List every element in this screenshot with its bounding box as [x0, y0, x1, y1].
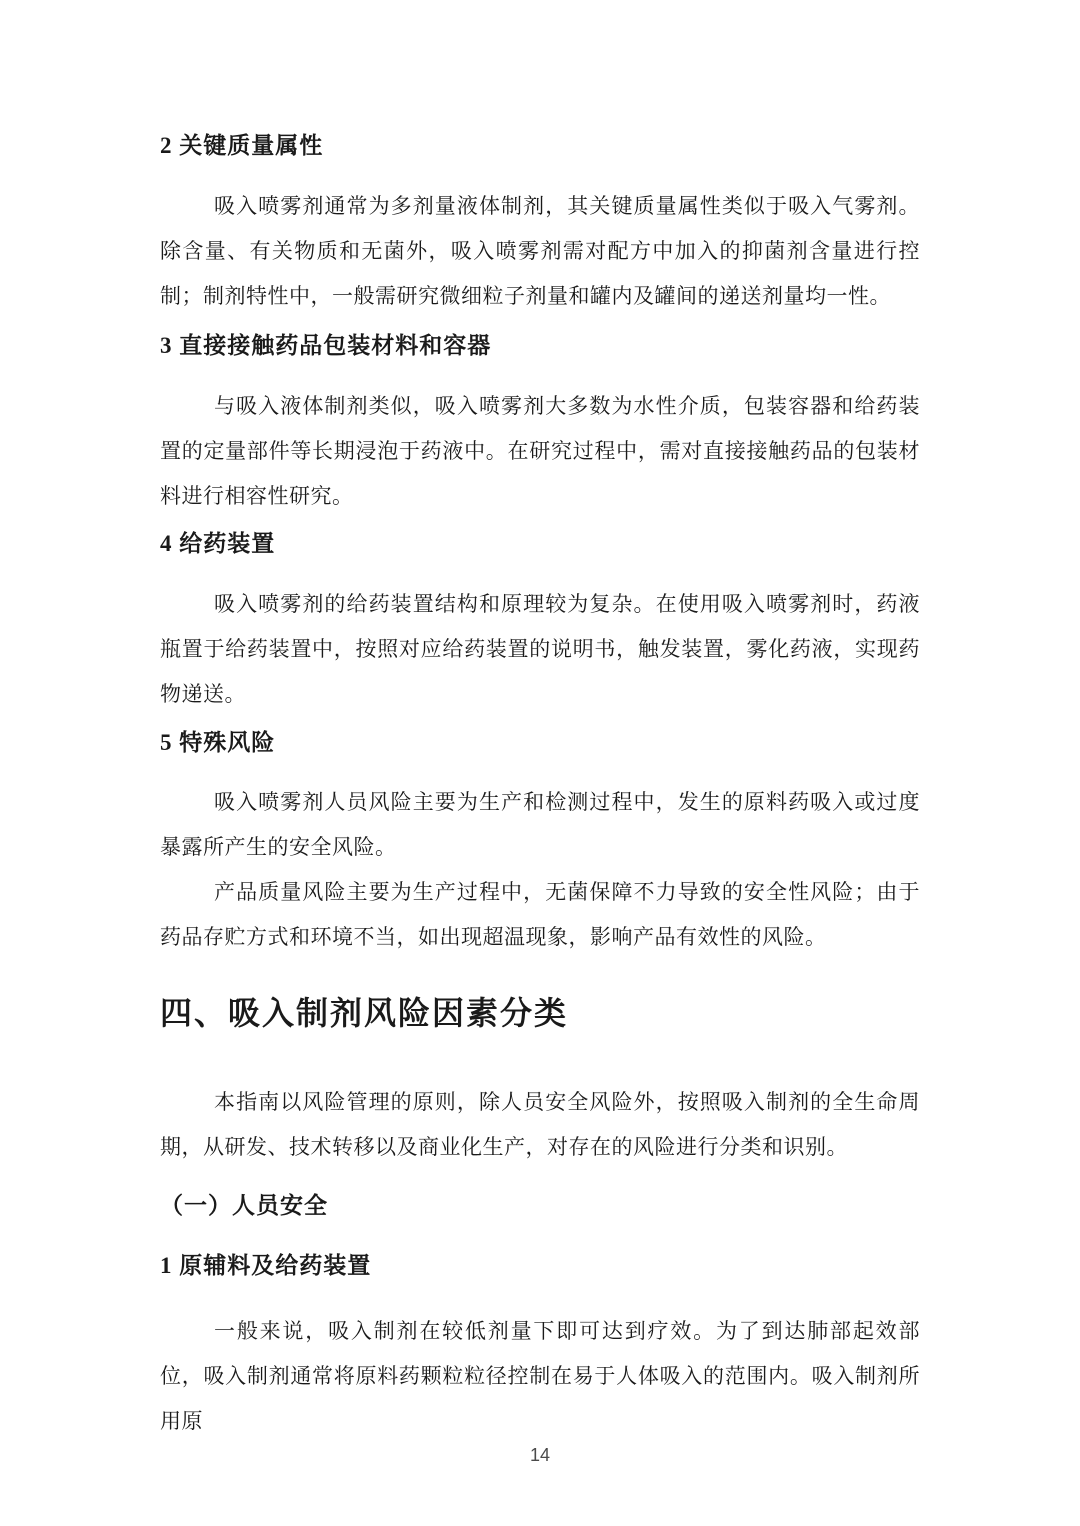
paragraph-personnel-risk: 吸入喷雾剂人员风险主要为生产和检测过程中，发生的原料药吸入或过度暴露所产生的安全… [160, 780, 920, 870]
paragraph-raw-materials-and-device: 一般来说，吸入制剂在较低剂量下即可达到疗效。为了到达肺部起效部位，吸入制剂通常将… [160, 1309, 920, 1444]
section-heading-special-risks: 5 特殊风险 [160, 727, 920, 759]
paragraph-critical-quality-attributes: 吸入喷雾剂通常为多剂量液体制剂，其关键质量属性类似于吸入气雾剂。除含量、有关物质… [160, 184, 920, 319]
paragraph-delivery-device: 吸入喷雾剂的给药装置结构和原理较为复杂。在使用吸入喷雾剂时，药液瓶置于给药装置中… [160, 582, 920, 717]
paragraph-chapter-intro: 本指南以风险管理的原则，除人员安全风险外，按照吸入制剂的全生命周期，从研发、技术… [160, 1080, 920, 1170]
subheading-personnel-safety: （一）人员安全 [160, 1190, 920, 1222]
document-content: 2 关键质量属性 吸入喷雾剂通常为多剂量液体制剂，其关键质量属性类似于吸入气雾剂… [160, 0, 920, 1466]
chapter-heading-risk-factor-classification: 四、吸入制剂风险因素分类 [160, 990, 920, 1036]
page-number: 14 [160, 1444, 920, 1466]
section-heading-critical-quality-attributes: 2 关键质量属性 [160, 130, 920, 162]
section-heading-packaging-materials: 3 直接接触药品包装材料和容器 [160, 330, 920, 362]
section-heading-raw-materials-and-device: 1 原辅料及给药装置 [160, 1250, 920, 1282]
document-page: 2 关键质量属性 吸入喷雾剂通常为多剂量液体制剂，其关键质量属性类似于吸入气雾剂… [0, 0, 1080, 1526]
paragraph-packaging-materials: 与吸入液体制剂类似，吸入喷雾剂大多数为水性介质，包装容器和给药装置的定量部件等长… [160, 384, 920, 519]
paragraph-product-quality-risk: 产品质量风险主要为生产过程中，无菌保障不力导致的安全性风险；由于药品存贮方式和环… [160, 870, 920, 960]
section-heading-delivery-device: 4 给药装置 [160, 528, 920, 560]
